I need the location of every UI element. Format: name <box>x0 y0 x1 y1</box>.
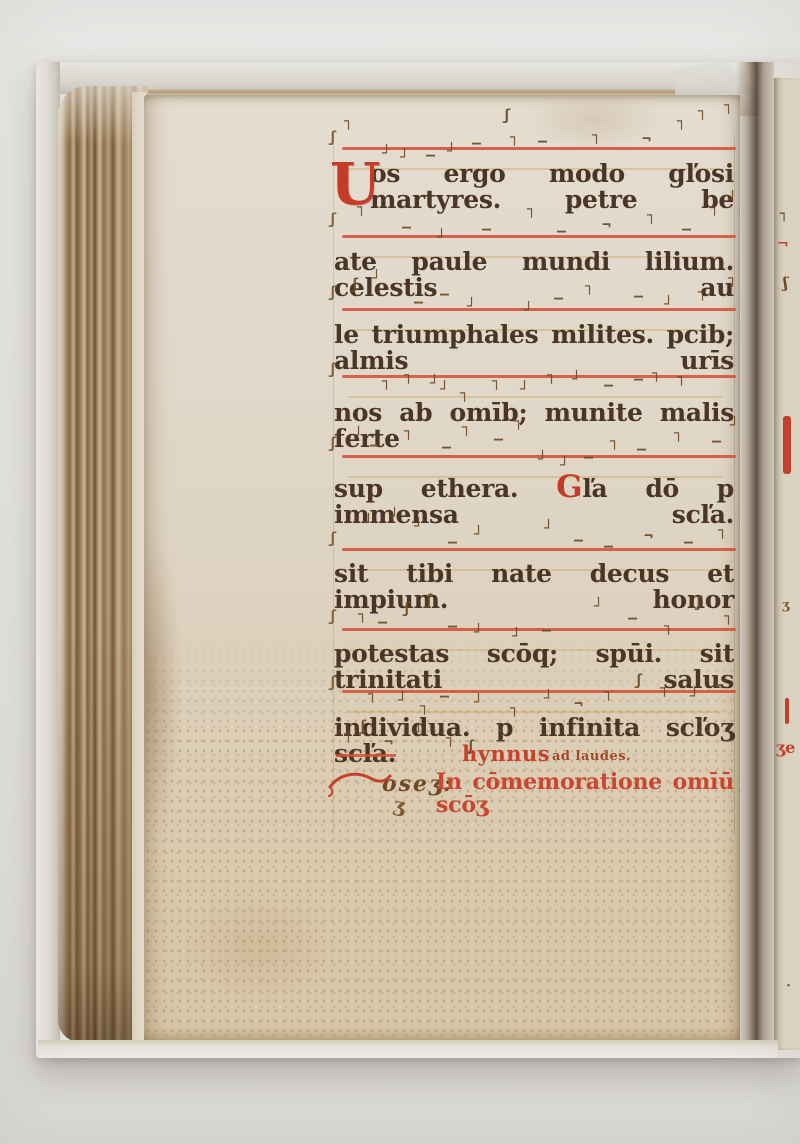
facing-page-ink-mark: ʒe <box>776 738 795 757</box>
text-segment: os ergo modo gľosi martyres. petre be <box>370 159 734 214</box>
rubric-ad-laudes: ad laudes. <box>552 750 631 763</box>
gutter-shadow <box>736 62 774 1058</box>
facing-page-ink-stroke <box>785 698 789 724</box>
facing-page-ink-mark: ʃ <box>783 274 788 292</box>
book: ʃ┐┘┘–┘–ʃ┐–┐¬┐┐┐os ergo modo gľosi martyr… <box>36 62 800 1058</box>
text-line-6: sit tibi nate decus et impium. honor <box>334 561 734 614</box>
short-staff-line <box>336 754 396 757</box>
text-segment: le triumphales milites. pcib; almis urīs <box>334 320 734 375</box>
staff-red-line <box>342 308 736 311</box>
manuscript-page: ʃ┐┘┘–┘–ʃ┐–┐¬┐┐┐os ergo modo gľosi martyr… <box>144 95 740 1043</box>
book-cover-left <box>36 62 60 1058</box>
facing-page-ink-mark: ┐ <box>780 206 788 222</box>
text-segment: sit tibi nate decus et impium. honor <box>334 559 734 614</box>
stain <box>144 525 182 845</box>
photo-background: ʃ┐┘┘–┘–ʃ┐–┐¬┐┐┐os ergo modo gľosi martyr… <box>0 0 800 1144</box>
facing-page-ink-stroke <box>783 416 791 474</box>
text-segment: sup ethera. <box>334 474 556 503</box>
ruling-line-right <box>734 135 735 835</box>
text-segment: potestas scōq; spūi. sit trinitati salus <box>334 639 734 694</box>
book-cover-bottom-edge <box>38 1040 778 1058</box>
text-line-7: potestas scōq; spūi. sit trinitati salus <box>334 641 734 694</box>
stain <box>174 885 344 1005</box>
text-segment: ate paule mundi lilium. celestis au <box>334 247 734 302</box>
rubric-commemoration: In cōmemoratione omīū scōʒ <box>436 771 734 817</box>
rubric-hymnus: hynnus <box>462 743 550 764</box>
facing-page-ink-mark: ʒ <box>782 598 789 613</box>
facing-page-sliver: ┐¬ʃʒʒe· <box>774 78 800 1050</box>
drop-cap-initial: U <box>330 155 381 213</box>
facing-page-ink-mark: · <box>786 978 791 994</box>
staff-red-line <box>342 548 736 551</box>
facing-page-ink-mark: ¬ <box>777 236 789 252</box>
staff-red-line <box>342 628 736 631</box>
text-line-2: ate paule mundi lilium. celestis au <box>334 249 734 302</box>
decorative-tail: ʒ <box>392 794 407 816</box>
text-line-3: le triumphales milites. pcib; almis urīs <box>334 322 734 375</box>
